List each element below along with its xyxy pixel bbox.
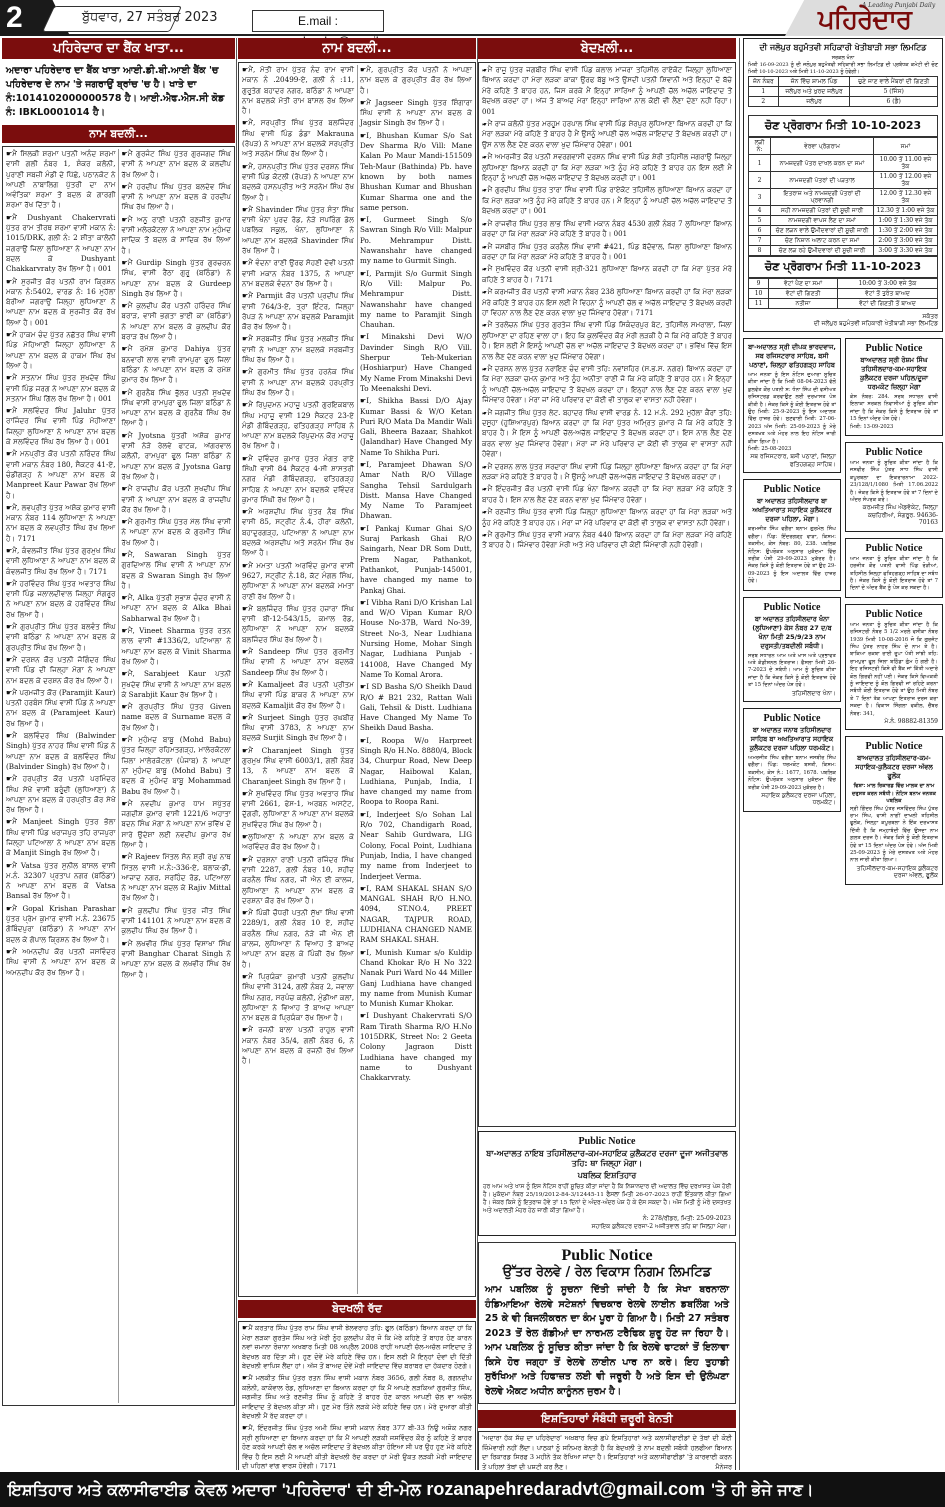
election-notice: ਦੀ ਜਲੋਪੁਰ ਬਹੁਮੰਤਵੀ ਸਹਿਕਾਰੀ ਖੇਤੀਬਾੜੀ ਸਭਾ … (743, 38, 943, 332)
list-item: ਮੈਂ Vatsa ਪੁੱਤਰ ਸੁਨੀਲ ਬਾਂਸਲ ਵਾਸੀ ਮ.ਨੰ. 3… (6, 861, 116, 902)
td: 8 (749, 246, 771, 256)
th: ਜ਼ੋਨ ਨੰਬਰ (749, 77, 779, 87)
td: ਨਾਮਜ਼ਦਗੀ ਪੱਤਰਾਂ ਦੀ ਪੜਤਾਲ (771, 172, 874, 189)
name-change-list-2: ਮੈਂ, ਮੋਤੀ ਰਾਮ ਪੁੱਤਰ ਨੰਦ ਰਾਮ ਵਾਸੀ ਮਕਾਨ ਨੰ… (238, 62, 476, 1297)
notice-title: Public Notice (483, 1136, 731, 1147)
election-subtitle: ਸਰਕਲ ਖੰਨਾ (748, 55, 938, 62)
list-item: ਮੈਂ, ਗੁਰਪ੍ਰੀਤ ਕੌਰ ਪਤਨੀ ਨੇ ਆਪਣਾ ਨਾਮ ਬਦਲ ਕ… (360, 65, 472, 96)
list-item: ਮੈਂ ਲਖਵੀਰ ਸਿੰਘ ਪੁੱਤਰ ਵਿਸਾਖਾ ਸਿੰਘ ਵਾਸੀ Ba… (122, 939, 232, 980)
list-item: ਮੈਂ, Sarabjeet Kaur ਪਤਨੀ ਸੁਖਦੇਵ ਸਿੰਘ ਵਾਸ… (122, 669, 232, 700)
th: ਲੜੀ ਨੰ: (749, 138, 771, 155)
notice-title: Public Notice (850, 609, 938, 620)
notice-body: ਹਰ ਆਮ ਅਤੇ ਖਾਸ ਨੂੰ ਇਸ ਨੋਟਿਸ ਰਾਹੀਂ ਸੂਚਿਤ ਕ… (483, 1183, 731, 1215)
notice-sign: ਸਹਾਇਕ ਕੁਲੈਕਟਰ ਦਰਜਾ-2 ਅਜੀਤਵਾਲ ਤਹਿ ਥਾ ਜਿਲ੍… (483, 1223, 731, 1231)
table-row: 9ਵੋਟਾਂ ਪੈਣ ਦਾ ਸਮਾਂ10:00 ਤੋਂ 3:00 ਵਜੇ ਤੱਕ (749, 279, 938, 289)
td: 1:30 ਤੋਂ 2:00 ਵਜੇ ਤੱਕ (873, 226, 937, 236)
list-item: I Pankaj Kumar Ghai S/O Suraj Parkash Gh… (360, 524, 472, 596)
ads-request-body: 'ਅਦਾਰਾ ਹੱਕ ਸੱਚ ਦਾ ਪਹਿਰੇਦਾਰ' ਅਖ਼ਬਾਰ ਵਿਚ ਛ… (482, 1434, 732, 1470)
list-item: ਮੈਂ Charanjeet Singh ਪੁੱਤਰ ਗੁਰਮੁਖ ਸਿੰਘ ਵ… (242, 746, 354, 787)
list-item: ਮੈਂ ਗੁਰਪ੍ਰੀਤ ਸਿੰਘ ਪੁੱਤਰ Given name ਬਦਲ ਕ… (122, 702, 232, 733)
table-row: 1ਜਲੋਪੁਰ ਅਤੇ ਖੁਰਦ ਜਲੋਪੁਰ5 (ਜਿੰਸ) (749, 87, 938, 97)
list-item: ਮੈਂ ਮਮਤਾ ਪਤਨੀ ਅਰਵਿੰਦ ਕੁਮਾਰ ਵਾਸੀ 9627, ਸਟ… (242, 561, 354, 602)
list-item: ਮੈਂ Kamaljeet ਕੌਰ ਪਤਨੀ ਪ੍ਰੀਤਮ ਸਿੰਘ ਵਾਸੀ … (242, 680, 354, 711)
footer-email[interactable]: rozanapehredaradvt@gmail.com (426, 1479, 705, 1499)
public-notice-second: Public Noticeਬਾਅਦਾਲਤ ਸ੍ਰੀ ਰੋਸ਼ਮ ਸਿੰਘ ਤਹਿ… (845, 338, 943, 436)
th: ਚੁਣੇ ਜਾਣ ਵਾਲੇ ਮੈਂਬਰਾਂ ਦੀ ਗਿਣਤੀ (850, 77, 938, 87)
td: 12.00 ਤੋਂ 12.30 ਵਜੇ ਤੱਕ (873, 189, 937, 206)
notice-court: ਬਾ-ਅਦਾਲਤ ਸ੍ਰੀ ਦੀਪਕ ਭਾਰਦਵਾਜ, ਸਬ ਰਜਿਸਟਰਾਰ … (748, 343, 836, 370)
notice-body: ਅਮਰਜੀਤ ਸਿੰਘ ਵਗੈਰਾ ਬਨਾਮ ਜਸਬੀਰ ਸਿੰਘ ਵਗੈਰਾ।… (748, 755, 836, 792)
list-item: I SD Basha S/O Sheikh Daud R/O # B21 232… (360, 682, 472, 733)
masthead-logo: ਪਹਿਰੇਦਾਰ (818, 5, 911, 36)
bank-account-heading: ਪਹਿਰੇਦਾਰ ਦਾ ਬੈਂਕ ਖਾਤਾ... (2, 38, 235, 59)
table-row: 8ਚੋਣ ਲੜ ਰਹੇ ਉਮੀਦਵਾਰਾਂ ਦੀ ਸੂਚੀ ਜਾਰੀ3:00 ਤ… (749, 246, 938, 256)
footer-text: ਇਸ਼ਤਿਹਾਰ ਅਤੇ ਕਲਾਸੀਫਾਈਡ ਕੇਵਲ ਅਦਾਰਾ 'ਪਹਿਰੇ… (8, 1480, 421, 1499)
list-item: ਮੈਂ ਪ੍ਰਿਯੰਕਾ ਕੁਮਾਰੀ ਪਤਨੀ ਕੁਲਦੀਪ ਸਿੰਘ ਵਾਸ… (242, 972, 354, 1023)
masthead-tagline: A Leading Punjabi Daily (862, 2, 935, 9)
notice-title: Public Notice (748, 602, 836, 613)
list-item: ਮੈਂ ਗੁਰਜੰਟ ਸਿੰਘ ਪੁੱਤਰ ਗੁਰਜਗਦ ਸਿੰਘ ਵਾਸੀ ਨ… (122, 149, 232, 180)
list-item: ਮੈਂ ਰਾਜਦੀਪ ਕੌਰ ਪਤਨੀ ਸੁਖਦੀਪ ਸਿੰਘ ਵਾਸੀ ਨੇ … (122, 484, 232, 515)
list-item: ਮੈਂ ਹਰਵਿੰਦਰ ਸਿੰਘ ਪੁੱਤਰ ਅਵਤਾਰ ਸਿੰਘ ਵਾਸੀ ਪ… (6, 579, 116, 620)
list-item: ਮੈਂ ਗੁਰਦੀਪ ਸਿੰਘ ਪੁੱਤਰ ਤਾਰਾ ਸਿੰਘ ਵਾਸੀ ਪਿੰ… (482, 185, 732, 216)
column-2: ਨਾਮ ਬਦਲੀ... ਮੈਂ, ਮੋਤੀ ਰਾਮ ਪੁੱਤਰ ਨੰਦ ਰਾਮ … (238, 38, 476, 1470)
day2-title: ਚੋਣ ਪ੍ਰੋਗਰਾਮ ਮਿਤੀ 11-10-2023 (748, 256, 938, 278)
bank-account-text: ਅਦਾਰਾ ਪਹਿਰੇਦਾਰ ਦਾ ਬੈਂਕ ਖਾਤਾ ਆਈ.ਡੀ.ਬੀ.ਆਈ … (2, 62, 235, 122)
td: 6 (749, 226, 771, 236)
list-item: I, Shikha Bassi D/O Ajay Kumar Bassi & W… (360, 396, 472, 458)
td: 10:00 ਤੋਂ 3:00 ਵਜੇ ਤੱਕ (837, 279, 937, 289)
notice-body: ਆਮ ਜਨਤਾ ਨੂੰ ਇਸ ਨੋਟਿਸ ਦੁਆਰਾ ਸੂਚਿਤ ਕੀਤਾ ਜਾ… (748, 372, 836, 446)
list-item: I Dushyant Chakervrati S/O Ram Tirath Sh… (360, 1011, 472, 1083)
notice-title: Public Notice (748, 484, 836, 495)
list-item: ਮੈਂ, ਹਸਨਪ੍ਰੀਤ ਸਿੰਘ ਪੁੱਤਰ ਦਰਸ਼ਨ ਸਿੰਘ ਵਾਸੀ… (242, 162, 354, 203)
list-item: ਮੈਂ, ਕੰਵਲਜੀਤ ਸਿੰਘ ਪੁੱਤਰ ਗੁਰਮੁਖ ਸਿੰਘ ਵਾਸੀ… (6, 546, 116, 577)
table-row: 6ਚੋਣ ਲੜਨ ਵਾਲੇ ਉਮੀਦਵਾਰਾਂ ਦੀ ਸੂਚੀ ਜਾਰੀ1:30… (749, 226, 938, 236)
td: ਨਤੀਜਾ (769, 299, 838, 309)
notice-title: Public Notice (748, 713, 836, 724)
td: ਜਲੋਪੁਰ ਅਤੇ ਖੁਰਦ ਜਲੋਪੁਰ (778, 87, 850, 97)
td: ਸਹੀ ਨਾਮਜ਼ਦਗੀ ਪੱਤਰਾਂ ਦੀ ਸੂਚੀ ਜਾਰੀ (771, 206, 874, 216)
ads-request-sign: ਮੈਨੇਜਰ (715, 1463, 732, 1471)
list-item: ਮੈਂ ਸਤਨਾਮ ਸਿੰਘ ਪੁੱਤਰ ਸੁਖਦੇਵ ਸਿੰਘ ਵਾਸੀ ਪਿ… (6, 373, 116, 404)
list-item: ਮੈਂ, Sawaran Singh ਪੁੱਤਰ ਗੁਰਦਿਆਲ ਸਿੰਘ ਵਾ… (122, 550, 232, 591)
list-item: ਮੈਂ ਬਲਵਿੰਦਰ ਸਿੰਘ (Balwinder Singh) ਪੁੱਤਰ… (6, 731, 116, 772)
notice-title: Public Notice (850, 543, 938, 554)
list-item: ਮੈਂ ਅਮਨਦੀਪ ਕੌਰ ਪਤਨੀ ਜਸਵਿੰਦਰ ਸਿੰਘ ਵਾਸੀ ਨੇ… (6, 947, 116, 978)
td: ਵੋਟਾਂ ਦੀ ਗਿਣਤੀ ਤੋਂ ਬਾਅਦ (837, 299, 937, 309)
td: 3:00 ਤੋਂ 3:30 ਵਜੇ ਤੱਕ (873, 246, 937, 256)
column-divider (477, 38, 478, 1470)
list-item: ਮੈਂ Surjeet Singh ਪੁੱਤਰ ਰਘਬੀਰ ਸਿੰਘ ਵਾਸੀ … (242, 713, 354, 744)
notice-title: Public Notice (850, 447, 938, 458)
notice-body: ਕੇਸ ਨੰਬਰ: 284. ਸਰਬ ਸਧਾਰਨ ਵਾਸੀ ਇਲਾਕਾ ਸਰਕਲ… (850, 394, 938, 424)
list-item: ਮੈਂ, ਇੰਦਰਜੀਤ ਸਿੰਘ ਪੁੱਤਰ ਅਮੀ ਸਿੰਘ ਵਾਸੀ ਮਕ… (242, 1424, 472, 1470)
td: ਵੋਟਾਂ ਦੀ ਗਿਣਤੀ (769, 289, 838, 299)
list-item: ਮੈਂ ਗੁਰਮੀਤ ਸਿੰਘ ਪੁੱਤਰ ਮੱਲ ਸਿੰਘ ਵਾਸੀ ਨੇ ਆ… (122, 517, 232, 548)
th: ਵੇਰਵਾ ਪ੍ਰੋਗਰਾਮ (771, 138, 874, 155)
td: 5 (ਜਿੰਸ) (850, 87, 938, 97)
list-item: I, RAM SHAKAL SHAN S/O MANGAL SHAH R/O H… (360, 884, 472, 946)
list-item: ਮੈਂ ਸੁਖਵਿੰਦਰ ਕੌਰ ਪਤਨੀ ਵਾਸੀ ਸ਼੍ਰੀ-321 ਲੁਧ… (482, 264, 732, 285)
notice-title: Public Notice (850, 741, 938, 752)
table-row: 11ਨਤੀਜਾਵੋਟਾਂ ਦੀ ਗਿਣਤੀ ਤੋਂ ਬਾਅਦ (749, 299, 938, 309)
notice-court: ਬਾ-ਅਦਾਲਤ ਨਾਇਬ ਤਹਿਸੀਲਦਾਰ-ਕਮ-ਸਹਾਇਕ ਕੁਲੈਕਟਰ… (483, 1149, 731, 1169)
td: 6 (ਡੈ) (850, 97, 938, 107)
list-item: ਮੈਂ, Alka ਪੁੱਤਰੀ ਸੁਭਾਸ਼ ਚੰਦਰ ਵਾਸੀ ਨੇ ਆਪਣ… (122, 593, 232, 624)
list-item: I, Parmjit S/o Gurmit Singh R/o Vill: Ma… (360, 269, 472, 331)
notice-sign: ਮੋ.ਨੰ. 98882-81359 (850, 718, 938, 725)
day1-table: ਲੜੀ ਨੰ:ਵੇਰਵਾ ਪ੍ਰੋਗਰਾਮਸਮਾਂ 1ਨਾਮਜ਼ਦਗੀ ਪੱਤਰ… (748, 137, 938, 256)
notice-subject: ਵਿਸ਼ਾ: ਮਾਲ ਰਿਕਾਰਡ ਵਿੱਚ ਮਾਲਕ ਦਾ ਨਾਮ ਦਰੁਸਤ… (850, 783, 938, 805)
list-item: ਮੈਂ ਹਰਪ੍ਰੀਤ ਕੌਰ ਪਤਨੀ ਪਰਮਿੰਦਰ ਸਿੰਘ ਸੇਖੋਂ … (6, 774, 116, 815)
list-item: ਮੈਂ ਤਰਲੋਚਨ ਸਿੰਘ ਪੁੱਤਰ ਗੁਰਤੇਜ ਸਿੰਘ ਵਾਸੀ ਪ… (482, 320, 732, 362)
ads-request-box: 'ਅਦਾਰਾ ਹੱਕ ਸੱਚ ਦਾ ਪਹਿਰੇਦਾਰ' ਅਖ਼ਬਾਰ ਵਿਚ ਛ… (478, 1431, 736, 1470)
table-row: 1ਨਾਮਜ਼ਦਗੀ ਪੱਤਰ ਦਾਖਲ ਕਰਨ ਦਾ ਸਮਾਂ10.00 ਤੋਂ… (749, 155, 938, 172)
list-item: ਮੈਂ ਪਰਮਜੀਤ ਕੌਰ (Paramjit Kaur) ਪਤਨੀ ਹਰਬੰ… (6, 688, 116, 729)
list-item: ਮੈਂ ਅਰਸ਼ਦੀਪ ਸਿੰਘ ਪੁੱਤਰ ਨੈਬ ਸਿੰਘ ਵਾਸੀ 85,… (242, 507, 354, 558)
list-item: ਮੈਂ Dushyant Chakervrati ਪੁੱਤਰ ਰਾਮ ਤੀਰਥ … (6, 213, 116, 275)
list-item: ਮੈਂ ਗੁਰਮੀਤ ਸਿੰਘ ਪੁੱਤਰ ਹਰਨੇਕ ਸਿੰਘ ਵਾਸੀ ਨੇ… (242, 367, 354, 398)
railway-notice-title: Public Notice (485, 1247, 729, 1265)
td: 12.30 ਤੋਂ 1:00 ਵਜੇ ਤੱਕ (873, 206, 937, 216)
list-item: ਮੈਂ ਦਰਸ਼ਨਾ ਰਾਣੀ ਪਤਨੀ ਰਜਿੰਦਰ ਸਿੰਘ ਵਾਸੀ 22… (242, 855, 354, 906)
revoked-list: ਮੈਂ ਕਰਤਾਰ ਸਿੰਘ ਪੁੱਤਰ ਰਾਮ ਸਿੰਘ ਵਾਸੀ ਝੇਲਵਰ… (238, 1321, 476, 1470)
table-row: 7ਚੋਣ ਨਿਸ਼ਾਨ ਅਲਾਟ ਕਰਨ ਦਾ ਸਮਾਂ2:00 ਤੋਂ 3:0… (749, 236, 938, 246)
notice-court: ਬਾ ਅਦਾਲਤ ਤਹਿਸੀਲਦਾਰ ਬਾ ਅਖਤਿਆਰਾਤ ਸਹਾਇਕ ਕੁਲ… (748, 497, 836, 524)
notice-date: ਮਿਤੀ: 13-09-2023 (850, 424, 938, 431)
revoked-heading: ਬੇਦਖਲੀ ਰੱਦ (238, 1300, 476, 1318)
list-item: ਮੈਂ ਜਗਜੀਤ ਸਿੰਘ ਪੁੱਤਰ ਲੇਟ. ਬਹਾਦਰ ਸਿੰਘ ਵਾਸ… (482, 408, 732, 460)
list-item: ਮੈਂ, Vineet Sharma ਪੁੱਤਰ ਰਤਨ ਲਾਲ ਵਾਸੀ #1… (122, 626, 232, 667)
list-item: ਮੈਂ ਗੁਰਨੈਬ ਸਿੰਘ ਭੁੱਲਰ ਪਤਨੀ ਸੁਖਦੇਵ ਸਿੰਘ ਵ… (122, 388, 232, 429)
table-row: 10ਵੋਟਾਂ ਦੀ ਗਿਣਤੀਵੋਟਾਂ ਤੋਂ ਤੁਰੰਤ ਬਾਅਦ (749, 289, 938, 299)
list-item: ਮੈਂ Gurdip Singh ਪੁੱਤਰ ਗੁਰਚਰਨ ਸਿੰਘ, ਵਾਸੀ… (122, 258, 232, 299)
td: 10 (749, 289, 769, 299)
disinheritance-list: ਮੈਂ ਰਾਜੂ ਪੁੱਤਰ ਜਗਬੀਰ ਸਿੰਘ ਵਾਸੀ ਪਿੰਡ ਕਲਾਲ… (478, 62, 736, 1127)
list-item: ਮੈਂ ਗੁਰਮੀਤ ਸਿੰਘ ਪੁੱਤਰ ਵਾਸੀ ਮਕਾਨ ਨੰਬਰ 440… (482, 530, 732, 551)
list-item: ਮੈਂ ਰਾਜਵੀਰ ਸਿੰਘ ਪੁੱਤਰ ਲਾਭ ਸਿੰਘ ਵਾਸੀ ਮਕਾਨ… (482, 219, 732, 240)
td: ਨਾਮਜ਼ਦਗੀ ਪੱਤਰ ਦਾਖਲ ਕਰਨ ਦਾ ਸਮਾਂ (771, 155, 874, 172)
td: ਚੋਣ ਲੜ ਰਹੇ ਉਮੀਦਵਾਰਾਂ ਦੀ ਸੂਚੀ ਜਾਰੀ (771, 246, 874, 256)
notice-sign: ਸਬ ਰਜਿਸਟਰਾਰ, ਬਸੀ ਪਠਾਣਾਂ, ਜ਼ਿਲ੍ਹਾ ਫਤਿਹਗੜ੍… (748, 453, 836, 468)
list-item: ਮੈਂ ਮਨਪ੍ਰੀਤ ਕੌਰ ਪਤਨੀ ਨਰਿੰਦਰ ਸਿੰਘ ਵਾਸੀ ਮਕ… (6, 449, 116, 500)
list-item: ਮੈਂ ਸੁਖਵਿੰਦਰ ਸਿੰਘ ਪੁੱਤਰ ਅਵਤਾਰ ਸਿੰਘ ਵਾਸੀ … (242, 789, 354, 830)
td: 2 (749, 172, 771, 189)
public-notice-khanna: Public Noticeਬਾ ਅਦਾਲਤ ਤਹਿਸੀਲਦਾਰ ਖੰਨਾ (ਲੁ… (743, 597, 841, 702)
list-item: ਮੈਂ ਸਿਲਕੀ ਸ਼ਰਮਾ ਪਤਨੀ ਅਨੰਦ ਸ਼ਰਮਾ ਵਾਸੀ ਗਲੀ… (6, 149, 116, 211)
election-sign-title: ਸਕੱਤਰ (748, 313, 938, 320)
notice-sign: ਕਰਮਜੀਤ ਸਿੰਘ ਐਡਵੋਕੇਟ, ਜ਼ਿਲ੍ਹਾ ਕਚਹਿਰੀਆਂ, ਸ… (850, 504, 938, 526)
th: ਸਮਾਂ (873, 138, 937, 155)
list-item: ਮੈਂ Jagseer Singh ਪੁੱਤਰ ਸ਼ਿੰਗਾਰਾ ਸਿੰਘ ਵਾ… (360, 98, 472, 129)
list-item: ਮੈਂ ਰਿਪੁਦਮਨ ਮਹਾਜ਼ੂ ਪਤਨੀ ਗੁਰਇਕਬਾਲ ਸਿੰਘ ਮਹ… (242, 400, 354, 451)
notice-body: ਕਰਮਜੀਤ ਸਿੰਘ ਵਗੈਰਾ ਬਨਾਮ ਗੁਰਮੇਲ ਸਿੰਘ ਵਗੈਰਾ… (748, 526, 836, 585)
notice-court: ਬਾਅਦਾਲਤ ਸ੍ਰੀ ਰੋਸ਼ਮ ਸਿੰਘ ਤਹਿਸੀਲਦਾਰ-ਕਮ-ਸਹਾ… (850, 356, 938, 392)
list-item: ਮੈਂ ਨਵਦੀਪ ਕੁਮਾਰ ਧਾਮ ਸਪੁੱਤਰ ਜਗਦੀਸ਼ ਕੁਮਾਰ … (122, 799, 232, 850)
list-item: ਮੈਂ ਸੁਰਜੀਤ ਕੌਰ ਪਤਨੀ ਰਾਮ ਕ੍ਰਿਸ਼ਨ ਮਕਾਨ ਨੰ:… (6, 277, 116, 328)
column-1: ਪਹਿਰੇਦਾਰ ਦਾ ਬੈਂਕ ਖਾਤਾ... ਅਦਾਰਾ ਪਹਿਰੇਦਾਰ … (2, 38, 235, 1470)
td: 1 (749, 87, 779, 97)
list-item: I, Paramjeet Dhawan S/O Amar Nath R/O Vi… (360, 460, 472, 522)
list-item: ਮੈਂ Gopal Krishan Parashar ਪੁੱਤਰ ਪ੍ਰੇਮ ਕ… (6, 904, 116, 945)
td: 9 (749, 279, 769, 289)
public-notice-deepak: ਬਾ-ਅਦਾਲਤ ਸ੍ਰੀ ਦੀਪਕ ਭਾਰਦਵਾਜ, ਸਬ ਰਜਿਸਟਰਾਰ … (743, 338, 841, 473)
list-item: ਮੈਂ ਗੁਰਪ੍ਰੀਤ ਸਿੰਘ ਪੁੱਤਰ ਬਲਵੰਤ ਸਿੰਘ ਵਾਸੀ … (6, 622, 116, 653)
td: 7 (749, 236, 771, 246)
ads-request-heading: ਇਸ਼ਤਿਹਾਰਾਂ ਸੰਬੰਧੀ ਜ਼ਰੂਰੀ ਬੇਨਤੀ (478, 1410, 736, 1428)
public-notice-sale: Public Noticeਆਮ ਜਨਤਾ ਨੂੰ ਸੂਚਿਤ ਕੀਤਾ ਜਾਂਦ… (845, 442, 943, 532)
footer-suffix: 'ਤੇ ਹੀ ਭੇਜੇ ਜਾਣ। (711, 1480, 814, 1499)
list-item: ਮੈਂ ਸਰਬਜੀਤ ਸਿੰਘ ਪੁੱਤਰ ਮਲਕੀਤ ਸਿੰਘ ਵਾਸੀ ਨੇ… (242, 334, 354, 365)
td: ਚੋਣ ਨਿਸ਼ਾਨ ਅਲਾਟ ਕਰਨ ਦਾ ਸਮਾਂ (771, 236, 874, 246)
td: 5 (749, 216, 771, 226)
list-item: I, Gurmeet Singh S/o Sawran Singh R/o Vi… (360, 215, 472, 266)
footer-banner: ਇਸ਼ਤਿਹਾਰ ਅਤੇ ਕਲਾਸੀਫਾਈਡ ਕੇਵਲ ਅਦਾਰਾ 'ਪਹਿਰੇ… (0, 1472, 945, 1507)
column-divider (236, 38, 237, 1470)
table-row: 2ਜਲੋਪੁਰ6 (ਡੈ) (749, 97, 938, 107)
notice-body: ਆਮ ਜਨਤਾ ਨੂੰ ਸੂਚਿਤ ਕੀਤਾ ਜਾਂਦਾ ਹੈ ਕਿ ਹਰਜੀਤ… (850, 556, 938, 593)
list-item: ਮੈਂ ਹਾਕਮ ਚੰਦ ਪੁੱਤਰ ਨਛੱਤਰ ਸਿੰਘ ਵਾਸੀ ਪਿੰਡ … (6, 330, 116, 371)
name-change-list: ਮੈਂ ਸਿਲਕੀ ਸ਼ਰਮਾ ਪਤਨੀ ਅਨੰਦ ਸ਼ਰਮਾ ਵਾਸੀ ਗਲੀ… (2, 146, 235, 1406)
list-item: ਮੈਂ, ਸਰਪ੍ਰੀਤ ਸਿੰਘ ਪੁੱਤਰ ਬਲਜਿੰਦਰ ਸਿੰਘ ਵਾਸ… (242, 118, 354, 159)
public-notice-ajitwal: Public Notice ਬਾ-ਅਦਾਲਤ ਨਾਇਬ ਤਹਿਸੀਲਦਾਰ-ਕਮ… (478, 1131, 736, 1236)
list-item: ਮੈਂ ਜਸਬੀਰ ਸਿੰਘ ਪੁੱਤਰ ਕਰਨੈਲ ਸਿੰਘ ਵਾਸੀ #42… (482, 242, 732, 263)
list-item: ਮੈਂ ਦਰਸ਼ਨ ਲਾਲ ਪੁੱਤਰ ਸਰਦਾਰਾ ਸਿੰਘ ਵਾਸੀ ਪਿੰ… (482, 462, 732, 483)
railway-notice-body: ਆਮ ਪਬਲਿਕ ਨੂੰ ਸੂਚਨਾ ਦਿੱਤੀ ਜਾਂਦੀ ਹੈ ਕਿ ਸੇਖ… (485, 1283, 729, 1399)
election-sign: ਦੀ ਜਲੋਪੁਰ ਬਹੁਮੰਤਵੀ ਸਹਿਕਾਰੀ ਖੇਤੀਬਾੜੀ ਸਭਾ … (748, 320, 938, 327)
list-item: I, Roopa W/o Harpreet Singh R/o H.No. 88… (360, 736, 472, 808)
notice-body: ਸਰਬ ਸਧਾਰਨ ਆਮ ਅਤੇ ਖਾਸ ਅਤੇ ਪ੍ਰਭਾਵਤ ਅਤੇ ਕੰਡ… (748, 653, 836, 690)
td: 11.00 ਤੋਂ 12.00 ਵਜੇ ਤੱਕ (873, 172, 937, 189)
notice-body: ਸ੍ਰੀ ਗਿੰਦਰ ਸਿੰਘ ਪੁੱਤਰ ਜਸਵਿੰਦਰ ਸਿੰਘ ਪੁੱਤਰ… (850, 806, 938, 865)
list-item: ਮੈਂ Parmjit ਕੌਰ ਪਤਨੀ ਪ੍ਰਦੀਪ ਸਿੰਘ ਵਾਸੀ 76… (242, 291, 354, 332)
right-notices: ਬਾ-ਅਦਾਲਤ ਸ੍ਰੀ ਦੀਪਕ ਭਾਰਦਵਾਜ, ਸਬ ਰਜਿਸਟਰਾਰ … (743, 338, 943, 1423)
public-notice-harjit: Public Noticeਆਮ ਜਨਤਾ ਨੂੰ ਸੂਚਿਤ ਕੀਤਾ ਜਾਂਦ… (845, 538, 943, 598)
list-item: ਮੈਂ ਅਨੂ ਰਾਣੀ ਪਤਨੀ ਰਣਜੀਤ ਕੁਮਾਰ ਵਾਸੀ ਮਲੇਰਕ… (122, 215, 232, 256)
notice-body: ਆਮ ਜਨਤਾ ਨੂੰ ਸੂਚਿਤ ਕੀਤਾ ਜਾਂਦਾ ਹੈ ਕਿ ਰਜਿਸਟ… (850, 622, 938, 718)
railway-public-notice: Public Notice ਉੱਤਰ ਰੇਲਵੇ / ਰੇਲ ਵਿਕਾਸ ਨਿਗ… (478, 1242, 736, 1404)
table-row: 2ਨਾਮਜ਼ਦਗੀ ਪੱਤਰਾਂ ਦੀ ਪੜਤਾਲ11.00 ਤੋਂ 12.00… (749, 172, 938, 189)
header-email[interactable]: E.mail : rozanapehredar@gmail.com (252, 10, 384, 32)
public-notice-moga: Public Noticeਬਾ ਅਦਾਲਤ ਤਹਿਸੀਲਦਾਰ ਬਾ ਅਖਤਿਆ… (743, 479, 841, 590)
list-item: ਮੈਂ ਸਲਵਿੰਦਰ ਸਿੰਘ Jaluhr ਪੁੱਤਰ ਰਾਜਿੰਦਰ ਸਿ… (6, 406, 116, 447)
railway-notice-subtitle: ਉੱਤਰ ਰੇਲਵੇ / ਰੇਲ ਵਿਕਾਸ ਨਿਗਮ ਲਿਮਟਿਡ (485, 1265, 729, 1280)
list-item: ਮੈਂ ਹਰਦੀਪ ਸਿੰਘ ਪੁੱਤਰ ਬਲਦੇਵ ਸਿੰਘ ਵਾਸੀ ਨੇ … (122, 182, 232, 213)
list-item: ਮੈਂ ਬਲਜਿੰਦਰ ਸਿੰਘ ਪੁੱਤਰ ਹਜ਼ਾਰਾ ਸਿੰਘ ਵਾਸੀ … (242, 604, 354, 645)
list-item: ਮੈਂ Rajeev ਮਿੱਤਲ ਸੋਨ ਸ਼੍ਰੀ ਰਘੂ ਨਾਥ ਮਿੱਤਲ… (122, 852, 232, 903)
table-row: 5ਨਾਮਜ਼ਦਗੀ ਵਾਪਸ ਲੈਣ ਦਾ ਸਮਾਂ1:00 ਤੋਂ 1:30 … (749, 216, 938, 226)
list-item: ਮੈਂ ਦਰਸ਼ਨ ਲਾਲ ਪੁੱਤਰ ਨਰਾਇਣ ਚੰਦ ਵਾਸੀ ਤਹਿ: … (482, 364, 732, 406)
list-item: I, Inderjeet S/o Sohan Lal R/o 702, Chan… (360, 810, 472, 882)
list-item: ਮੈਂ ਰਜਨੀ ਬਾਲਾ ਪਤਨੀ ਰਾਹੁਲ ਵਾਸੀ ਮਕਾਨ ਨੰਬਰ … (242, 1025, 354, 1066)
day1-title: ਚੋਣ ਪ੍ਰੋਗਰਾਮ ਮਿਤੀ 10-10-2023 (748, 115, 938, 137)
td: 3 (749, 189, 771, 206)
name-change-heading: ਨਾਮ ਬਦਲੀ... (2, 125, 235, 143)
name-change-heading-2: ਨਾਮ ਬਦਲੀ... (238, 38, 476, 59)
list-item: ਮੈਂ Sandeep ਸਿੰਘ ਪੁੱਤਰ ਗੁਰਮੀਤ ਸਿੰਘ ਵਾਸੀ … (242, 647, 354, 678)
list-item: ਮੈਂ ਕੁਲਦੀਪ ਕੌਰ ਪਤਨੀ ਹਰਿੰਦਰ ਸਿੰਘ ਬਰਾੜ, ਵਾ… (122, 301, 232, 342)
list-item: ਮੈਂ ਪਿੰਕੀ ਚੌਧਰੀ ਪਤਨੀ ਸੁੱਖਾ ਸਿੰਘ ਵਾਸੀ 228… (242, 908, 354, 970)
list-item: ਮੈਂ Shavinder ਸਿੰਘ ਪੁੱਤਰ ਸੰਤਾ ਸਿੰਘ ਵਾਸੀ … (242, 205, 354, 256)
list-item: ਮੈਂ ਰਣਜੀਤ ਸਿੰਘ ਪੁੱਤਰ ਵਾਸੀ ਪਿੰਡ ਜਿਲ੍ਹਾ ਲੁ… (482, 507, 732, 528)
election-title: ਦੀ ਜਲੋਪੁਰ ਬਹੁਮੰਤਵੀ ਸਹਿਕਾਰੀ ਖੇਤੀਬਾੜੀ ਸਭਾ … (748, 43, 938, 53)
notice-court: ਬਾਅਦਾਲਤ ਤਹਿਸੀਲਦਾਰ-ਕਮ-ਸਹਾਇਕ-ਕੁਲੈਕਟਰ ਦਰਜਾ … (850, 754, 938, 781)
list-item: ਮੈਂ Manjeet Singh ਪੁੱਤਰ ਭੋਲਾ ਸਿੰਘ ਵਾਸੀ ਪ… (6, 817, 116, 858)
list-item: I, Munish Kumar s/o Kuldip Chand Khokar … (360, 948, 472, 1010)
list-item: I, Bhushan Kumar S/o Sat Dev Sharma R/o … (360, 131, 472, 213)
list-item: I Vibha Rani D/O Krishan Lal and W/O Vip… (360, 598, 472, 680)
notice-subtitle: ਪਬਲਿਕ ਇਸ਼ਤਿਹਾਰ (483, 1171, 731, 1181)
notice-body: ਆਮ ਜਨਤਾ ਨੂੰ ਸੂਚਿਤ ਕੀਤਾ ਜਾਂਦਾ ਹੈ ਕਿ ਜਸਵੀਰ… (850, 460, 938, 504)
notice-sign: ਤਹਿਸੀਲਦਾਰ-ਕਮ-ਸਹਾਇਕ ਕੁਲੈਕਟਰ ਦਰਜਾ ਅੱਵਲ, ਫੂ… (850, 865, 938, 880)
issue-date: ਬੁੱਧਵਾਰ, 27 ਸਤੰਬਰ 2023 (82, 10, 218, 25)
td: ਵੋਟਾਂ ਤੋਂ ਤੁਰੰਤ ਬਾਅਦ (837, 289, 937, 299)
notice-title: Public Notice (850, 343, 938, 354)
list-item: ਮੈਂ, ਲਵਪ੍ਰੀਤ ਪੁੱਤਰ ਅਸ਼ੋਕ ਕੁਮਾਰ ਵਾਸੀ ਮਕਾਨ… (6, 503, 116, 544)
td: 2 (749, 97, 779, 107)
page-header: 2 ਬੁੱਧਵਾਰ, 27 ਸਤੰਬਰ 2023 E.mail : rozana… (0, 0, 945, 36)
list-item: ਮੈਂ ਕੁਲਦੀਪ ਸਿੰਘ ਪੁੱਤਰ ਜੀਤ ਸਿੰਘ ਵਾਸੀ 1411… (122, 906, 232, 937)
list-item: ਮੈਂ ਅਮਰਜੀਤ ਕੌਰ ਪਤਨੀ ਸਵਰਗਵਾਸੀ ਦਰਸ਼ਨ ਸਿੰਘ … (482, 152, 732, 183)
list-item: ਲੁਧਿਆਣਾ ਨੇ ਆਪਣਾ ਨਾਮ ਬਦਲ ਕੇ ਅਰਵਿੰਦਰ ਕੌਰ ਰ… (242, 832, 354, 853)
list-item: ਮੈਂ ਰਾਜੂ ਪੁੱਤਰ ਜਗਬੀਰ ਸਿੰਘ ਵਾਸੀ ਪਿੰਡ ਕਲਾਲ… (482, 65, 732, 117)
column-divider (739, 38, 740, 1470)
td: ਵੋਟਾਂ ਪੈਣ ਦਾ ਸਮਾਂ (769, 279, 838, 289)
list-item: ਮੈਂ ਕਰਤਾਰ ਸਿੰਘ ਪੁੱਤਰ ਰਾਮ ਸਿੰਘ ਵਾਸੀ ਝੇਲਵਰ… (242, 1324, 472, 1372)
td: ਇਤਰਾਜ਼ ਅਤੇ ਨਾਮਜ਼ਦਗੀ ਪੱਤਰਾਂ ਦੀ ਪ੍ਰਵਾਨਗੀ (771, 189, 874, 206)
public-notice-dharamkot: Public Noticeਬਾ ਅਦਾਲਤ ਜਨਾਬ ਤਹਿਸੀਲਦਾਰ ਸਾਹ… (743, 708, 841, 812)
list-item: ਮੈਂ ਰਮੇਸ਼ ਕੁਮਾਰ Dahiya ਪੁੱਤਰ ਬਨਵਾਰੀ ਲਾਲ … (122, 344, 232, 385)
notice-court: ਬਾ ਅਦਾਲਤ ਜਨਾਬ ਤਹਿਸੀਲਦਾਰ ਸਾਹਿਬ ਬਾ ਅਖਤਿਆਰਾ… (748, 726, 836, 753)
notice-court: ਬਾ ਅਦਾਲਤ ਤਹਿਸੀਲਦਾਰ ਖੰਨਾ (ਲੁਧਿਆਣਾ) ਕੇਸ ਨੰ… (748, 615, 836, 651)
disinheritance-heading: ਬੇਦਖ਼ਲੀ... (478, 38, 736, 59)
public-notice-rampura: Public Noticeਆਮ ਜਨਤਾ ਨੂੰ ਸੂਚਿਤ ਕੀਤਾ ਜਾਂਦ… (845, 604, 943, 731)
td: ਜਲੋਪੁਰ (778, 97, 850, 107)
list-item: ਮੈਂ ਮੁਹੰਮਦ ਬਾਬੂ (Mohd Babu) ਪੁੱਤਰ ਜ਼ਿਲ੍ਹ… (122, 735, 232, 797)
notice-sign: ਸਹਾਇਕ ਕੁਲੈਕਟਰ ਦਰਜਾ ਪਹਿਲਾ, ਧਰਮਕੋਟ। (748, 792, 836, 807)
list-item: ਮੈਂ ਕਰਮਜੀਤ ਕੌਰ ਪਤਨੀ ਵਾਸੀ ਮਕਾਨ ਨੰਬਰ 238 ਲ… (482, 287, 732, 318)
list-item: ਮੈਂ ਦਵਿੰਦਰ ਕੁਮਾਰ ਪੁੱਤਰ ਮੰਗਤ ਰਾਏ ਸਿੰਘੀ ਵਾ… (242, 454, 354, 505)
td: 10.00 ਤੋਂ 11.00 ਵਜੇ ਤੱਕ (873, 155, 937, 172)
list-item: ਮੈਂ ਇੰਦਰਜੀਤ ਕੌਰ ਪਤਨੀ ਵਾਸੀ ਪਿੰਡ ਖੰਨਾ ਬਿਆਨ… (482, 484, 732, 505)
zones-table: ਜ਼ੋਨ ਨੰਬਰਜ਼ੋਨ ਵਿੱਚ ਸ਼ਾਮਲ ਪਿੰਡਚੁਣੇ ਜਾਣ ਵਾ… (748, 76, 938, 107)
td: 1:00 ਤੋਂ 1:30 ਵਜੇ ਤੱਕ (873, 216, 937, 226)
column-4: ਦੀ ਜਲੋਪੁਰ ਬਹੁਮੰਤਵੀ ਸਹਿਕਾਰੀ ਖੇਤੀਬਾੜੀ ਸਭਾ … (743, 38, 943, 1423)
td: 2:00 ਤੋਂ 3:00 ਵਜੇ ਤੱਕ (873, 236, 937, 246)
election-body: ਮਿਤੀ 16-09-2023 ਨੂੰ ਦੀ ਜਲੋਪੁਰ ਬਹੁਮੰਤਵੀ ਸ… (748, 62, 938, 76)
th: ਜ਼ੋਨ ਵਿੱਚ ਸ਼ਾਮਲ ਪਿੰਡ (778, 77, 850, 87)
list-item: ਮੈਂ Jyotsna ਪੁੱਤਰੀ ਅਸ਼ੋਕ ਕੁਮਾਰ ਵਾਸੀ ਨੇੜੇ… (122, 431, 232, 482)
public-notice-nangal: Public Noticeਬਾਅਦਾਲਤ ਤਹਿਸੀਲਦਾਰ-ਕਮ-ਸਹਾਇਕ-… (845, 736, 943, 884)
list-item: ਮੈਂ ਵੰਦਨਾ ਰਾਣੀ ਉਰਫ ਸੋਹਣੀ ਦੇਵੀ ਪਤਨੀ ਵਾਸੀ … (242, 258, 354, 289)
notice-ref: ਨੰ: 278/ਰੀਡਰ, ਮਿਤੀ: 25-09-2023 (483, 1215, 731, 1223)
td: 1 (749, 155, 771, 172)
td: 4 (749, 206, 771, 216)
td: 11 (749, 299, 769, 309)
td: ਨਾਮਜ਼ਦਗੀ ਵਾਪਸ ਲੈਣ ਦਾ ਸਮਾਂ (771, 216, 874, 226)
list-item: ਮੈਂ ਰਾਜ ਕਲੋਨੀ ਪੁੱਤਰ ਮਰਹੂਮ ਹਰਪਾਲ ਸਿੰਘ ਵਾਸ… (482, 119, 732, 150)
td: ਚੋਣ ਲੜਨ ਵਾਲੇ ਉਮੀਦਵਾਰਾਂ ਦੀ ਸੂਚੀ ਜਾਰੀ (771, 226, 874, 236)
table-row: 3ਇਤਰਾਜ਼ ਅਤੇ ਨਾਮਜ਼ਦਗੀ ਪੱਤਰਾਂ ਦੀ ਪ੍ਰਵਾਨਗੀ1… (749, 189, 938, 206)
notice-sign: ਤਹਿਸੀਲਦਾਰ ਖੰਨਾ। (748, 690, 836, 697)
list-item: I Minakshi Devi W/O Davinder Singh R/O V… (360, 332, 472, 394)
list-item: ਮੈਂ ਦਰਸ਼ਨ ਕੌਰ ਪਤਨੀ ਜੋਗਿੰਦਰ ਸਿੰਘ ਵਾਸੀ ਪਿੰ… (6, 655, 116, 686)
table-row: 4ਸਹੀ ਨਾਮਜ਼ਦਗੀ ਪੱਤਰਾਂ ਦੀ ਸੂਚੀ ਜਾਰੀ12.30 ਤ… (749, 206, 938, 216)
day2-table: 9ਵੋਟਾਂ ਪੈਣ ਦਾ ਸਮਾਂ10:00 ਤੋਂ 3:00 ਵਜੇ ਤੱਕ… (748, 278, 938, 309)
column-3: ਬੇਦਖ਼ਲੀ... ਮੈਂ ਰਾਜੂ ਪੁੱਤਰ ਜਗਬੀਰ ਸਿੰਘ ਵਾਸ… (478, 38, 736, 1470)
list-item: ਮੈਂ ਮਲਕੀਤ ਸਿੰਘ ਪੁੱਤਰ ਰਤਨ ਸਿੰਘ ਵਾਸੀ ਮਕਾਨ … (242, 1374, 472, 1422)
list-item: ਮੈਂ, ਮੋਤੀ ਰਾਮ ਪੁੱਤਰ ਨੰਦ ਰਾਮ ਵਾਸੀ ਮਕਾਨ ਨੰ… (242, 65, 354, 116)
